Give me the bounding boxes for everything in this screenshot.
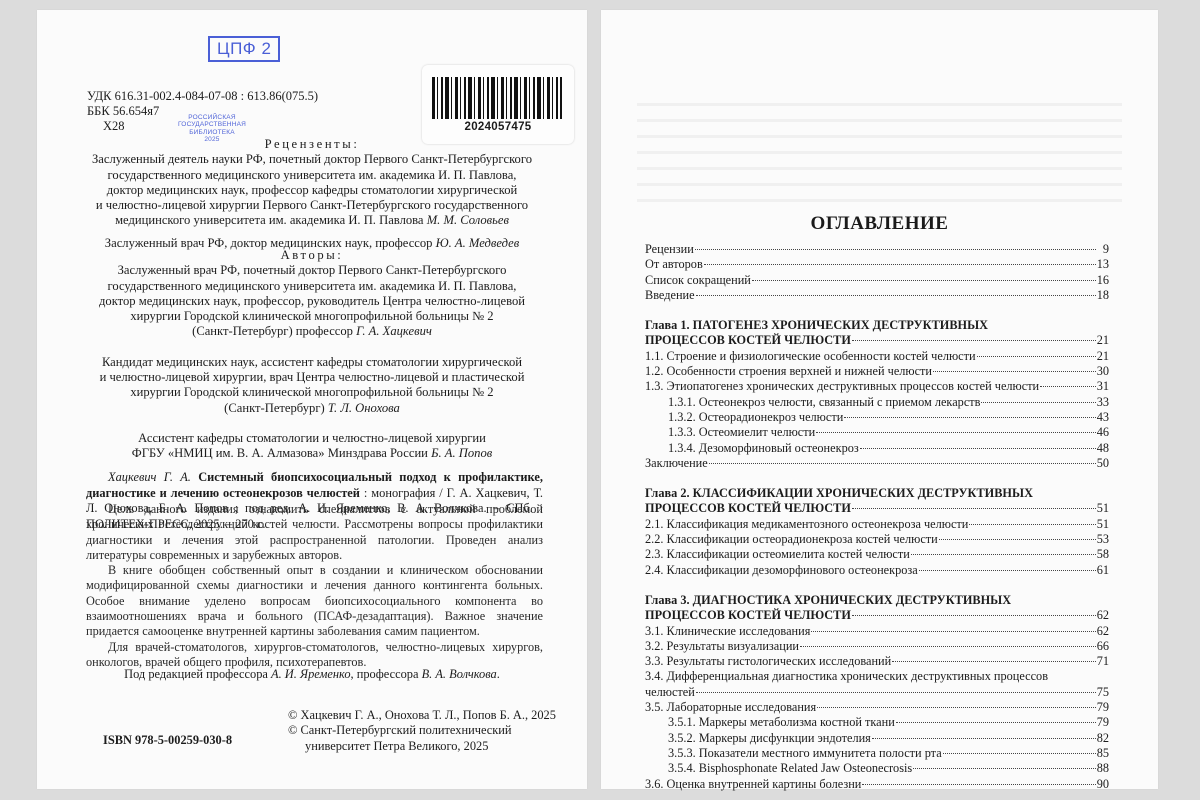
toc-entry-label: 3.5.4. Bisphosphonate Related Jaw Osteon… [668, 761, 912, 776]
dot-leader [933, 371, 1096, 372]
dot-leader [817, 707, 1096, 708]
toc-page-number: 58 [1097, 547, 1109, 562]
dot-leader [913, 768, 1096, 769]
cpf-stamp: ЦПФ 2 [208, 36, 280, 62]
author-1: Заслуженный врач РФ, почетный доктор Пер… [37, 263, 587, 339]
editor-name: В. А. Волчкова [422, 667, 497, 681]
toc-entry-label: ПРОЦЕССОВ КОСТЕЙ ЧЕЛЮСТИ [645, 501, 851, 516]
toc-entry-label: ПРОЦЕССОВ КОСТЕЙ ЧЕЛЮСТИ [645, 333, 851, 348]
library-stamp-line: РОССИЙСКАЯ [167, 114, 257, 121]
reviewer-line: и челюстно-лицевой хирургии Первого Санк… [37, 198, 587, 213]
abstract-paragraph: Цель данного издания ознакомить специали… [86, 502, 543, 563]
reviewers-section: Рецензенты: Заслуженный деятель науки РФ… [37, 137, 587, 251]
toc-page-number: 90 [1097, 777, 1109, 792]
toc-entry[interactable]: 2.4. Классификации дезоморфинового остео… [645, 563, 1109, 578]
toc-entry-front-matter[interactable]: Список сокращений16 [645, 273, 1109, 288]
dot-leader [852, 340, 1096, 341]
toc-page-number: 51 [1097, 517, 1109, 532]
reviewer-line: доктор медицинских наук, профессор кафед… [37, 183, 587, 198]
chapter-title-row[interactable]: ПРОЦЕССОВ КОСТЕЙ ЧЕЛЮСТИ62 [645, 608, 1109, 623]
toc-chapter-heading[interactable]: Глава 3. ДИАГНОСТИКА ХРОНИЧЕСКИХ ДЕСТРУК… [645, 593, 1109, 624]
toc-entry-label: 1.3.2. Остеорадионекроз челюсти [668, 410, 843, 425]
toc-entry-label: 3.6. Оценка внутренней картины болезни [645, 777, 861, 792]
toc-entry-label: 3.3. Результаты гистологических исследов… [645, 654, 891, 669]
toc-entry-label: Список сокращений [645, 273, 751, 288]
toc-page-number: 79 [1097, 700, 1109, 715]
dot-leader [919, 570, 1096, 571]
author-line-text: (Санкт-Петербург) [224, 401, 325, 415]
toc-entry-label: 2.2. Классификации остеорадионекроза кос… [645, 532, 938, 547]
toc-entry-label: 2.1. Классификация медикаментозного осте… [645, 517, 968, 532]
toc-entry-label: 2.4. Классификации дезоморфинового остео… [645, 563, 918, 578]
toc-page-number: 13 [1097, 257, 1109, 272]
toc-page-number: 30 [1097, 364, 1109, 379]
toc-entry-front-matter[interactable]: От авторов13 [645, 257, 1109, 272]
toc-entry-label: От авторов [645, 257, 703, 272]
editor-name: А. И. Яременко [271, 667, 351, 681]
toc-page-number: 9 [1097, 242, 1109, 257]
toc-entry[interactable]: 1.3.1. Остеонекроз челюсти, связанный с … [645, 395, 1109, 410]
toc-entry[interactable]: 2.3. Классификации остеомиелита костей ч… [645, 547, 1109, 562]
dot-leader [709, 463, 1096, 464]
author-2: Кандидат медицинских наук, ассистент каф… [37, 355, 587, 416]
toc-entry[interactable]: 3.2. Результаты визуализации66 [645, 639, 1109, 654]
toc-page-number: 62 [1097, 608, 1109, 623]
authors-section: Авторы: Заслуженный врач РФ, почетный до… [37, 248, 587, 462]
toc-entry-continuation[interactable]: челюстей75 [645, 685, 1109, 700]
dot-leader [852, 508, 1096, 509]
toc-page-number: 75 [1097, 685, 1109, 700]
copyright-line: университет Петра Великого, 2025 [288, 739, 556, 754]
dot-leader [977, 356, 1096, 357]
toc-page-number: 46 [1097, 425, 1109, 440]
chapter-title-row[interactable]: ПРОЦЕССОВ КОСТЕЙ ЧЕЛЮСТИ51 [645, 501, 1109, 516]
toc-entry[interactable]: 1.1. Строение и физиологические особенно… [645, 349, 1109, 364]
dot-leader [696, 295, 1096, 296]
author-name: Б. А. Попов [431, 446, 492, 460]
toc-entry[interactable]: 3.5.2. Маркеры дисфункции эндотелия82 [645, 731, 1109, 746]
chapter-title-line: Глава 2. КЛАССИФИКАЦИИ ХРОНИЧЕСКИХ ДЕСТР… [645, 486, 1109, 501]
toc-page-number: 43 [1097, 410, 1109, 425]
toc-page: ОГЛАВЛЕНИЕ Рецензии9От авторов13Список с… [601, 10, 1158, 789]
author-line: хирургии Городской клинической многопроф… [37, 385, 587, 400]
imprint-page: ЦПФ 2 УДК 616.31-002.4-084-07-08 : 613.8… [37, 10, 587, 789]
dot-leader [862, 784, 1095, 785]
toc-page-number: 88 [1097, 761, 1109, 776]
toc-entry[interactable]: 3.1. Клинические исследования62 [645, 624, 1109, 639]
toc-page-number: 53 [1097, 532, 1109, 547]
toc-entry-label: 3.5. Лабораторные исследования [645, 700, 816, 715]
toc-entry-label: Рецензии [645, 242, 694, 257]
toc-entry-label: 3.5.1. Маркеры метаболизма костной ткани [668, 715, 895, 730]
author-line: и челюстно-лицевой хирургии, врач Центра… [37, 370, 587, 385]
author-line-text: (Санкт-Петербург) профессор [192, 324, 353, 338]
toc-entry[interactable]: 3.5.3. Показатели местного иммунитета по… [645, 746, 1109, 761]
toc-page-number: 71 [1097, 654, 1109, 669]
reviewer-1: Заслуженный деятель науки РФ, почетный д… [37, 152, 587, 228]
toc-page-number: 79 [1097, 715, 1109, 730]
copyright-line: © Хацкевич Г. А., Онохова Т. Л., Попов Б… [288, 708, 556, 723]
toc-entry[interactable]: 3.6. Оценка внутренней картины болезни90 [645, 777, 1109, 792]
reviewer-line-text: медицинского университета им. академика … [115, 213, 423, 227]
copyright-line: © Санкт-Петербургский политехнический [288, 723, 556, 738]
toc-entry-front-matter[interactable]: Рецензии9 [645, 242, 1109, 257]
toc-entry-label: 1.3.1. Остеонекроз челюсти, связанный с … [668, 395, 980, 410]
dot-leader [969, 524, 1095, 525]
toc-entry-label: 3.4. Дифференциальная диагностика хронич… [645, 669, 1109, 684]
toc-entry-label: ПРОЦЕССОВ КОСТЕЙ ЧЕЛЮСТИ [645, 608, 851, 623]
chapter-title-line: Глава 1. ПАТОГЕНЕЗ ХРОНИЧЕСКИХ ДЕСТРУКТИ… [645, 318, 1109, 333]
toc-entry[interactable]: 3.5.4. Bisphosphonate Related Jaw Osteon… [645, 761, 1109, 776]
dot-leader [752, 280, 1096, 281]
dot-leader [943, 753, 1096, 754]
abstract: Цель данного издания ознакомить специали… [86, 502, 543, 670]
editors-line: Под редакцией профессора А. И. Яременко,… [37, 667, 587, 682]
dot-leader [695, 249, 1096, 250]
dot-leader [939, 539, 1096, 540]
library-stamp-line: ГОСУДАРСТВЕННАЯ [167, 121, 257, 128]
dot-leader [892, 661, 1095, 662]
udk-code: УДК 616.31-002.4-084-07-08 : 613.86(075.… [87, 89, 318, 104]
toc-title: ОГЛАВЛЕНИЕ [601, 213, 1158, 235]
author-line: государственного медицинского университе… [37, 279, 587, 294]
toc-page-number: 61 [1097, 563, 1109, 578]
chapter-title-row[interactable]: ПРОЦЕССОВ КОСТЕЙ ЧЕЛЮСТИ21 [645, 333, 1109, 348]
toc-entry-label: Введение [645, 288, 695, 303]
author-line: Ассистент кафедры стоматологии и челюстн… [37, 431, 587, 446]
toc-entry[interactable]: 3.4. Дифференциальная диагностика хронич… [645, 669, 1109, 700]
author-line: Заслуженный врач РФ, почетный доктор Пер… [37, 263, 587, 278]
author-line: хирургии Городской клинической многопроф… [37, 309, 587, 324]
toc-entry[interactable]: 3.3. Результаты гистологических исследов… [645, 654, 1109, 669]
toc-entry-label: 2.3. Классификации остеомиелита костей ч… [645, 547, 910, 562]
reviewer-line: медицинского университета им. академика … [37, 213, 587, 228]
author-line: Кандидат медицинских наук, ассистент каф… [37, 355, 587, 370]
reviewer-line: государственного медицинского университе… [37, 168, 587, 183]
toc-page-number: 18 [1097, 288, 1109, 303]
toc-entry-label: челюстей [645, 685, 695, 700]
toc-entry[interactable]: 3.5.1. Маркеры метаболизма костной ткани… [645, 715, 1109, 730]
toc-entry-label: 1.3.3. Остеомиелит челюсти [668, 425, 815, 440]
chapter-title-line: Глава 3. ДИАГНОСТИКА ХРОНИЧЕСКИХ ДЕСТРУК… [645, 593, 1109, 608]
dot-leader [800, 646, 1096, 647]
toc-entry[interactable]: 2.1. Классификация медикаментозного осте… [645, 517, 1109, 532]
toc-page-number: 82 [1097, 731, 1109, 746]
toc-page-number: 31 [1097, 379, 1109, 394]
dot-leader [704, 264, 1096, 265]
toc-page-number: 21 [1097, 349, 1109, 364]
toc-chapter-heading[interactable]: Глава 1. ПАТОГЕНЕЗ ХРОНИЧЕСКИХ ДЕСТРУКТИ… [645, 318, 1109, 349]
author-line: (Санкт-Петербург) профессор Г. А. Хацкев… [37, 324, 587, 339]
author-3: Ассистент кафедры стоматологии и челюстн… [37, 431, 587, 462]
toc-entry[interactable]: 1.3.3. Остеомиелит челюсти46 [645, 425, 1109, 440]
toc-entry[interactable]: 1.3.4. Дезоморфиновый остеонекроз48 [645, 441, 1109, 456]
author-line-text: ФГБУ «НМИЦ им. В. А. Алмазова» Минздрава… [132, 446, 428, 460]
dot-leader [896, 722, 1096, 723]
toc-entry-label: Заключение [645, 456, 708, 471]
dot-leader [860, 448, 1096, 449]
editors-suffix: . [497, 667, 500, 681]
table-of-contents: Рецензии9От авторов13Список сокращений16… [645, 242, 1109, 792]
toc-chapter-heading[interactable]: Глава 2. КЛАССИФИКАЦИИ ХРОНИЧЕСКИХ ДЕСТР… [645, 486, 1109, 517]
editors-middle: , профессора [351, 667, 419, 681]
reviewers-heading: Рецензенты: [37, 137, 587, 152]
toc-entry-label: 1.3. Этиопатогенез хронических деструкти… [645, 379, 1039, 394]
toc-page-number: 51 [1097, 501, 1109, 516]
toc-entry[interactable]: 2.2. Классификации остеорадионекроза кос… [645, 532, 1109, 547]
dot-leader [696, 692, 1096, 693]
toc-entry[interactable]: 1.3. Этиопатогенез хронических деструкти… [645, 379, 1109, 394]
toc-page-number: 33 [1097, 395, 1109, 410]
dot-leader [816, 432, 1096, 433]
dot-leader [911, 554, 1096, 555]
toc-page-number: 16 [1097, 273, 1109, 288]
toc-page-number: 66 [1097, 639, 1109, 654]
barcode-icon [432, 77, 562, 119]
toc-entry-label: 3.2. Результаты визуализации [645, 639, 799, 654]
author-name: Т. Л. Онохова [328, 401, 400, 415]
toc-entry[interactable]: 1.2. Особенности строения верхней и нижн… [645, 364, 1109, 379]
toc-page-number: 21 [1097, 333, 1109, 348]
author-name: Г. А. Хацкевич [356, 324, 432, 338]
toc-entry-label: 1.1. Строение и физиологические особенно… [645, 349, 976, 364]
toc-entry-label: 1.2. Особенности строения верхней и нижн… [645, 364, 932, 379]
reviewer-line: Заслуженный деятель науки РФ, почетный д… [37, 152, 587, 167]
barcode-number: 2024057475 [422, 121, 574, 133]
library-stamp-line: БИБЛИОТЕКА [167, 129, 257, 136]
dot-leader [1040, 386, 1096, 387]
toc-entry[interactable]: 3.5. Лабораторные исследования79 [645, 700, 1109, 715]
author-line: (Санкт-Петербург) Т. Л. Онохова [37, 401, 587, 416]
dot-leader [844, 417, 1095, 418]
abstract-paragraph: Для врачей-стоматологов, хирургов-стомат… [86, 640, 543, 671]
bib-author: Хацкевич Г. А. [108, 470, 191, 484]
toc-page-number: 85 [1097, 746, 1109, 761]
reviewer-name: М. М. Соловьев [427, 213, 509, 227]
toc-entry[interactable]: Заключение50 [645, 456, 1109, 471]
toc-entry-label: 1.3.4. Дезоморфиновый остеонекроз [668, 441, 859, 456]
abstract-paragraph: В книге обобщен собственный опыт в созда… [86, 563, 543, 639]
editors-prefix: Под редакцией профессора [124, 667, 268, 681]
barcode-sticker: 2024057475 [422, 65, 574, 144]
toc-entry-label: 3.1. Клинические исследования [645, 624, 810, 639]
toc-entry-label: 3.5.2. Маркеры дисфункции эндотелия [668, 731, 871, 746]
toc-entry-label: 3.5.3. Показатели местного иммунитета по… [668, 746, 942, 761]
toc-page-number: 50 [1097, 456, 1109, 471]
toc-entry-front-matter[interactable]: Введение18 [645, 288, 1109, 303]
toc-page-number: 62 [1097, 624, 1109, 639]
author-line: доктор медицинских наук, профессор, руко… [37, 294, 587, 309]
dot-leader [872, 738, 1096, 739]
show-through-text [637, 94, 1122, 204]
authors-heading: Авторы: [37, 248, 587, 263]
dot-leader [811, 631, 1095, 632]
dot-leader [981, 402, 1095, 403]
copyright: © Хацкевич Г. А., Онохова Т. Л., Попов Б… [288, 708, 556, 754]
dot-leader [852, 615, 1096, 616]
author-line: ФГБУ «НМИЦ им. В. А. Алмазова» Минздрава… [37, 446, 587, 461]
toc-page-number: 48 [1097, 441, 1109, 456]
toc-entry[interactable]: 1.3.2. Остеорадионекроз челюсти43 [645, 410, 1109, 425]
isbn: ISBN 978-5-00259-030-8 [103, 733, 232, 748]
